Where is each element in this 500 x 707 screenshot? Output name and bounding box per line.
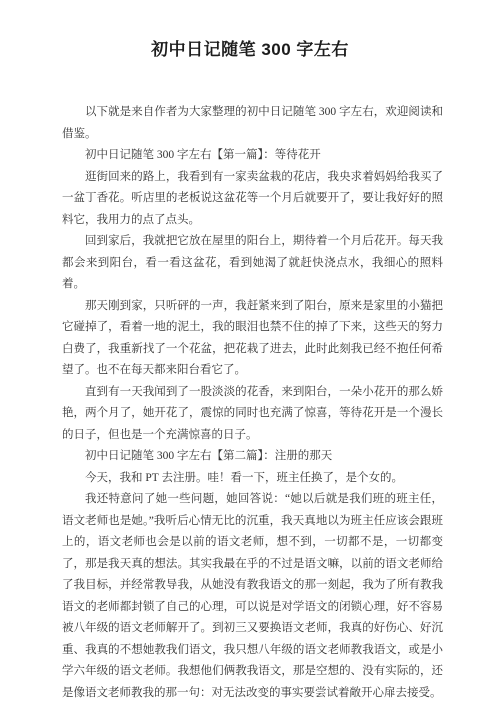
paragraph: 直到有一天我闻到了一股淡淡的花香，来到阳台，一朵小花开的那么娇艳，两个月了，她开… [62, 382, 443, 447]
document-page: 初中日记随笔 300 字左右 以下就是来自作者为大家整理的初中日记随笔 300 … [0, 0, 500, 707]
document-title: 初中日记随笔 300 字左右 [0, 0, 500, 62]
paragraph: 我还特意问了她一些问题，她回答说：“她以后就是我们班的班主任，语文老师也是她。”… [62, 489, 443, 704]
paragraph: 逛街回来的路上，我看到有一家卖盆栽的花店，我央求着妈妈给我买了一盆丁香花。听店里… [62, 167, 443, 232]
document-content: 以下就是来自作者为大家整理的初中日记随笔 300 字左右，欢迎阅读和借鉴。初中日… [62, 102, 443, 704]
paragraph: 回到家后，我就把它放在屋里的阳台上，期待着一个月后花开。每天我都会来到阳台，看一… [62, 231, 443, 296]
paragraph: 以下就是来自作者为大家整理的初中日记随笔 300 字左右，欢迎阅读和借鉴。 [62, 102, 443, 145]
paragraph: 今天，我和 PT 去注册。哇！看一下，班主任换了，是个女的。 [62, 468, 443, 490]
paragraph: 那天刚到家，只听砰的一声，我赶紧来到了阳台，原来是家里的小猫把它碰掉了，看着一地… [62, 296, 443, 382]
section-heading: 初中日记随笔 300 字左右【第二篇】：注册的那天 [62, 446, 443, 468]
section-heading: 初中日记随笔 300 字左右【第一篇】：等待花开 [62, 145, 443, 167]
